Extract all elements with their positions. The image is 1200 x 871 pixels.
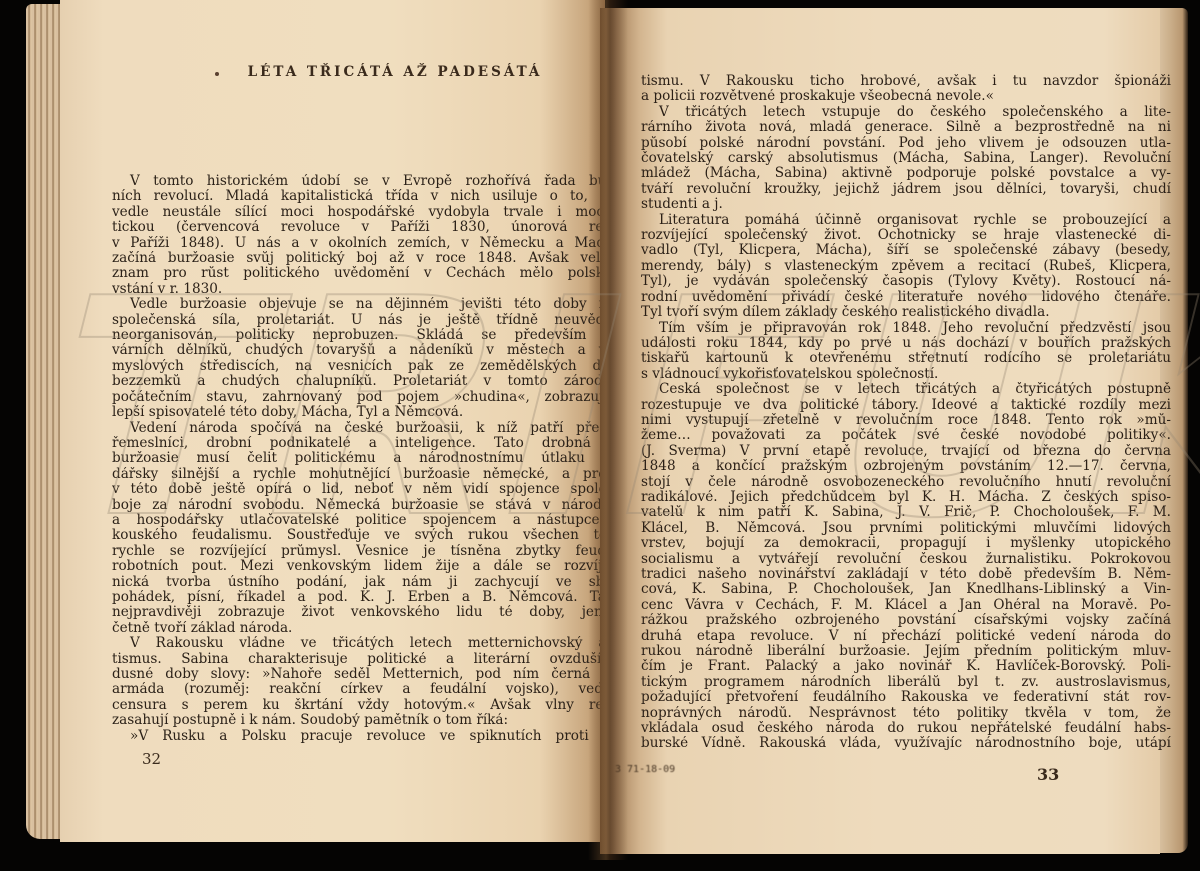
text-line: myslových střediscích, na vesnicích pak … [112,359,648,374]
text-line: vrstev, bojují za demokracii, propagují … [641,536,1171,551]
text-line: lepší spisovatelé této doby, Mácha, Tyl … [112,405,648,420]
text-line: rozestupuje ve dva politické tábory. Ide… [641,398,1171,413]
text-line: ních revolucí. Mladá kapitalistická tříd… [112,189,648,204]
text-line: censura s perem ku škrtání vždy hotovým.… [112,698,648,713]
text-line: cenc Vávra v Čechách, F. M. Klácel a Jan… [641,598,1171,613]
page-number-left: 32 [142,750,161,768]
text-line: události roku 1844, kdy po prvé u nás do… [641,336,1171,351]
text-line: bezzemků a chudých chalupníků. Proletari… [112,374,648,389]
left-page: LÉTA TŘICÁTÁ AŽ PADESÁTÁ V tomto histori… [60,0,605,842]
text-line: tiskařů kartounů k otevřenému střetnutí … [641,351,1171,366]
text-line: v Paříži 1848). U nás a v okolních zemíc… [112,236,648,251]
text-line: stojí v čele národně osvobozeneckého rev… [641,475,1171,490]
text-line: V Rakousku vládne ve třicátých letech me… [112,636,648,651]
text-line: (J. Šverma) V první etapě revoluce, trva… [641,444,1171,459]
text-line: nimi vystupují zřetelně v revolučním roc… [641,413,1171,428]
text-line: vedle neustále sílící moci hospodářské v… [112,205,648,220]
text-line: počátečním stavu, zahrnovaný pod pojem »… [112,390,648,405]
text-line: buržoasie musí čelit politickému a národ… [112,451,648,466]
text-line: nická tvorba ústního podání, jak nám ji … [112,575,648,590]
text-line: dusné doby slovy: »Nahoře seděl Metterni… [112,667,648,682]
running-head: LÉTA TŘICÁTÁ AŽ PADESÁTÁ [215,64,575,80]
text-line: společenská síla, proletariát. U nás je … [112,313,648,328]
text-line: zasahují postupně i k nám. Soudobý pamět… [112,713,648,728]
text-line: Česká společnost se v letech třicátých a… [641,382,1171,397]
text-line: řemeslníci, drobní podnikatelé a intelig… [112,436,648,451]
text-line: tickým programem národních liberálů byl … [641,675,1171,690]
page-edges-left [26,4,64,839]
text-line: Literatura pomáhá účinně organisovat ryc… [641,213,1171,228]
text-line: v této době ještě opírá o lid, neboť v n… [112,482,648,497]
left-page-body: V tomto historickém údobí se v Evropě ro… [112,174,648,744]
text-line: armáda (rozuměj: reakční církev a feudál… [112,682,648,697]
text-line: působí polské národní povstání. Pod jeho… [641,136,1171,151]
open-book-spread: LÉTA TŘICÁTÁ AŽ PADESÁTÁ V tomto histori… [0,0,1200,871]
text-line: rážkou pražského ozbrojeného povstání cí… [641,613,1171,628]
text-line: »V Rusku a Polsku pracuje revoluce ve sp… [112,729,648,744]
text-line: boje za národní svobodu. Německá buržoas… [112,498,648,513]
right-page: tismu. V Rakousku ticho hrobové, avšak i… [600,8,1160,854]
text-line: čím je Frant. Palacký a jako novinář K. … [641,659,1171,674]
text-line: druhá etapa revoluce. V ní přechází poli… [641,629,1171,644]
text-line: nejpravdivěji zobrazuje život venkovskéh… [112,605,648,620]
text-line: žeme… považovati za počátek své české no… [641,428,1171,443]
text-line: vstání v r. 1830. [112,282,648,297]
text-line: vadlo (Tyl, Klicpera, Mácha), šíří se sp… [641,243,1171,258]
text-line: rukou národně liberální buržoasie. Jejím… [641,644,1171,659]
text-line: začíná buržoasie svůj politický boj až v… [112,251,648,266]
text-line: V třicátých letech vstupuje do českého s… [641,105,1171,120]
text-line: várních dělníků, chudých tovaryšů a náde… [112,343,648,358]
text-line: tváří revoluční kroužky, jejichž jádrem … [641,182,1171,197]
text-line: radikálové. Jejich předchůdcem byl K. H.… [641,490,1171,505]
text-line: merendy, bály) s vlasteneckým zpěvem a r… [641,259,1171,274]
text-line: socialismu a vytvářejí revoluční českou … [641,552,1171,567]
text-line: rozvíjející společenský život. Ochotnick… [641,228,1171,243]
text-line: tismus. Sabina charakterisuje politické … [112,652,648,667]
text-line: četně tvoří základ národa. [112,621,648,636]
text-line: studenti a j. [641,197,1171,212]
text-line: kouského feudalismu. Soustřeďuje ve svýc… [112,528,648,543]
text-line: rodní uvědomění přivádí české literatuře… [641,290,1171,305]
text-line: dářsky silnější a rychle mohutnějící bur… [112,467,648,482]
text-line: tradici našeho novinářství zakládají v t… [641,567,1171,582]
right-page-body: tismu. V Rakousku ticho hrobové, avšak i… [641,74,1171,752]
text-line: tismu. V Rakousku ticho hrobové, avšak i… [641,74,1171,89]
text-line: a hospodářsky utlačovatelské politice sp… [112,513,648,528]
text-line: tickou (červencová revoluce v Paříži 183… [112,220,648,235]
text-line: burské Vídně. Rakouská vláda, využívajíc… [641,736,1171,751]
text-line: s vládnoucí vykořisťovatelskou společnos… [641,367,1171,382]
text-line: neorganisován, politicky neprobuzen. Skl… [112,328,648,343]
text-line: Vedení národa spočívá na české buržoasii… [112,421,648,436]
text-line: Tyl), je vydáván společenský časopis (Ty… [641,274,1171,289]
text-line: cová, K. Sabina, P. Chocholoušek, Jan Kn… [641,582,1171,597]
text-line: Tyl tvoří svým dílem základy českého rea… [641,305,1171,320]
text-line: mládež (Mácha, Sabina) aktivně podporuje… [641,166,1171,181]
text-line: vatelů k nim patří K. Sabina, J. V. Frič… [641,505,1171,520]
text-line: a policii rozvětvené proskakuje všeobecn… [641,89,1171,104]
text-line: rárního života nová, mladá generace. Sil… [641,120,1171,135]
text-line: požadující přetvoření feudálního Rakousk… [641,690,1171,705]
text-line: noprávných národů. Nesprávnost této poli… [641,706,1171,721]
text-line: čovatelský carský absolutismus (Mácha, S… [641,151,1171,166]
text-line: V tomto historickém údobí se v Evropě ro… [112,174,648,189]
page-number-right: 33 [1037,765,1059,784]
text-line: Tím vším je připravován rok 1848. Jeho r… [641,321,1171,336]
printer-signature-mark: 3 71-18-09 [615,764,675,775]
text-line: vkládala osud českého národa do rukou ne… [641,721,1171,736]
text-line: Klácel, B. Němcová. Jsou prvními politic… [641,521,1171,536]
text-line: rychle se rozvíjející průmysl. Vesnice j… [112,544,648,559]
text-line: Vedle buržoasie objevuje se na dějinném … [112,297,648,312]
text-line: znam pro růst politického uvědomění v Če… [112,266,648,281]
text-line: pohádek, písní, říkadel a pod. K. J. Erb… [112,590,648,605]
text-line: robotních pout. Mezi venkovským lidem ži… [112,559,648,574]
text-line: 1848 a končící pražským ozbrojeným povst… [641,459,1171,474]
